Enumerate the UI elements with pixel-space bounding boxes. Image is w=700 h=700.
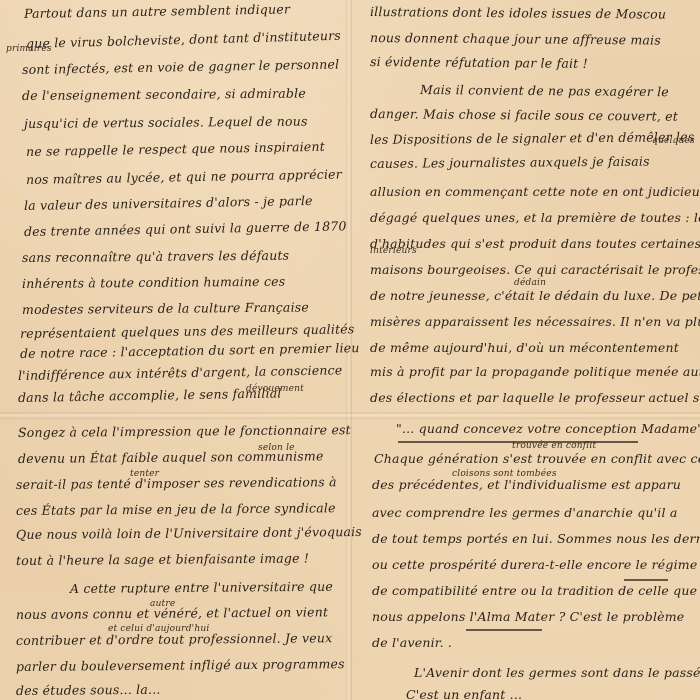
text-line: Que nous voilà loin de l'Universitaire d… [16, 524, 362, 542]
text-line: des élections et par laquelle le profess… [370, 390, 700, 405]
text-line: L'Avenir dont les germes sont dans le pa… [414, 665, 700, 680]
text-line: illustrations dont les idoles issues de … [370, 4, 666, 22]
text-line: l'indifférence aux intérêts d'argent, la… [18, 362, 343, 383]
text-line: danger. Mais chose si facile sous ce cou… [370, 106, 678, 124]
interlinear-note: trouvée en conflit [512, 441, 596, 451]
text-line: Partout dans un autre semblent indiquer [24, 1, 290, 21]
text-line: sans reconnaître qu'à travers les défaut… [22, 248, 289, 265]
margin-note: primaires [6, 44, 52, 54]
text-line: ces États par la mise en jeu de la force… [16, 500, 336, 518]
text-line: inhérents à toute condition humaine ces [22, 274, 285, 291]
text-line: les Dispositions de le signaler et d'en … [370, 129, 695, 147]
text-line: contribuer et d'ordre tout professionnel… [16, 630, 332, 648]
text-line: nous appelons l'Alma Mater ? C'est le pr… [372, 609, 684, 624]
text-line: jusqu'ici de vertus sociales. Lequel de … [24, 114, 308, 131]
text-line: tout à l'heure la sage et bienfaisante i… [16, 550, 309, 568]
text-line: "... quand concevez votre conception Mad… [396, 421, 700, 436]
text-line: serait-il pas tenté d'imposer ses revend… [16, 474, 337, 492]
text-line: devenu un État faible auquel son communi… [18, 448, 324, 466]
interlinear-note: dédain [514, 278, 546, 288]
text-line: misères apparaissent les nécessaires. Il… [370, 314, 700, 329]
page-top-left: Partout dans un autre semblent indiquer … [0, 0, 346, 412]
text-line: des précédentes, et l'individualisme est… [372, 477, 681, 492]
word-underline [624, 579, 668, 581]
text-line: Mais il convient de ne pas exagérer le [420, 82, 669, 99]
horizontal-fold-line [0, 412, 700, 419]
text-line: mis à profit par la propagande politique… [370, 364, 700, 379]
text-line: des trente années qui ont suivi la guerr… [24, 218, 347, 239]
text-line: de même aujourd'hui, d'où un mécontentem… [370, 340, 679, 355]
text-line: représentaient quelques uns des meilleur… [20, 321, 355, 341]
text-line: Chaque génération s'est trouvée en confl… [374, 451, 700, 466]
text-line: C'est un enfant ... [406, 687, 522, 700]
text-line: parler du bouleversement infligé aux pro… [16, 656, 345, 674]
interlinear-note: intérieurs [370, 246, 417, 256]
text-line: que le virus bolcheviste, dont tant d'in… [26, 28, 341, 51]
text-line: A cette rupture entre l'universitaire qu… [70, 579, 333, 596]
text-line: allusion en commençant cette note en ont… [370, 184, 700, 199]
text-line: de compatibilité entre ou la tradition d… [372, 583, 697, 598]
text-line: maisons bourgeoises. Ce qui caractérisai… [370, 262, 700, 277]
text-line: de notre race : l'acceptation du sort en… [20, 340, 360, 361]
text-line: ne se rappelle le respect que nous inspi… [26, 139, 325, 159]
text-line: dégagé quelques unes, et la première de … [370, 210, 700, 225]
text-line: d'habitudes qui s'est produit dans toute… [370, 236, 700, 251]
interlinear-note: quelques [652, 136, 695, 146]
text-line: des études sous... la... [16, 682, 161, 698]
text-line: avec comprendre les germes d'anarchie qu… [372, 505, 678, 520]
page-bottom-right: "... quand concevez votre conception Mad… [352, 419, 700, 700]
word-underline [466, 629, 542, 631]
text-line: de notre jeunesse, c'était le dédain du … [370, 288, 700, 303]
text-line: nos maîtres au lycée, et qui ne pourra a… [26, 166, 342, 187]
text-line: Songez à cela l'impression que le foncti… [18, 422, 351, 440]
page-top-right: illustrations dont les idoles issues de … [352, 0, 700, 412]
text-line: de l'avenir. . [372, 635, 452, 650]
text-line: nous donnent chaque jour une affreuse ma… [370, 30, 661, 48]
text-line: modestes serviteurs de la culture França… [22, 299, 309, 317]
text-line: causes. Les journalistes auxquels je fai… [370, 154, 650, 171]
text-line: sont infectés, est en voie de gagner le … [22, 56, 339, 77]
page-bottom-left: Songez à cela l'impression que le foncti… [0, 419, 346, 700]
text-line: la valeur des universitaires d'alors - j… [24, 193, 313, 213]
text-line: si évidente réfutation par le fait ! [370, 54, 588, 71]
text-line: nous avons connu et vénéré, et l'actuel … [16, 604, 328, 622]
text-line: dans la tâche accomplie, le sens familia… [18, 385, 282, 405]
text-line: ou cette prospérité durera-t-elle encore… [372, 557, 697, 572]
text-line: de tout temps portés en lui. Sommes nous… [372, 531, 700, 546]
text-line: de l'enseignement secondaire, si admirab… [22, 86, 306, 103]
